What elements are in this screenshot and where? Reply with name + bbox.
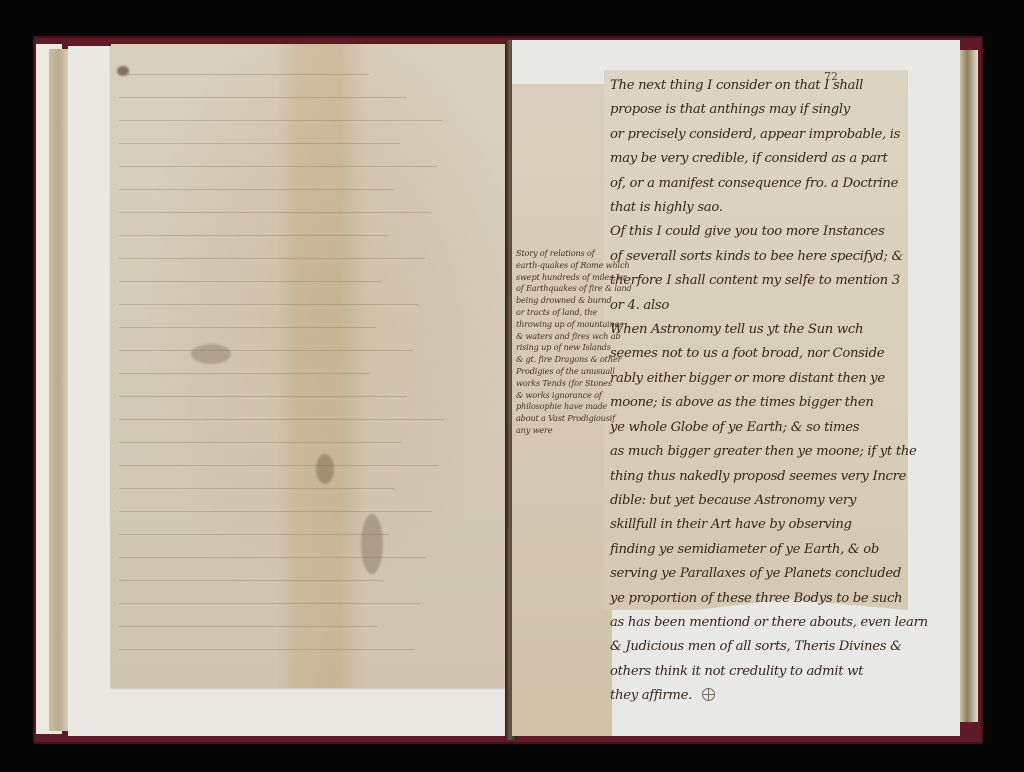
bleed-through-line (119, 74, 369, 75)
text-line: or precisely considerd, appear improbabl… (610, 123, 910, 147)
text-line: seemes not to us a foot broad, nor Consi… (610, 342, 910, 366)
bleed-through-line (119, 649, 414, 650)
margin-note-line: philosophie have made (516, 401, 616, 413)
bleed-through-line (119, 120, 443, 121)
text-line: skillfull in their Art have by observing (610, 513, 910, 537)
margin-note: Story of relations of earth-quakes of Ro… (516, 248, 616, 437)
text-line: may be very credible, if considerd as a … (610, 147, 910, 171)
margin-note-line: being drowned & burnd (516, 295, 616, 307)
bleed-through-line (119, 235, 388, 236)
text-line: as has been mentiond or there abouts, ev… (610, 611, 910, 635)
bleed-through-line (119, 212, 431, 213)
bleed-through-line (119, 442, 401, 443)
ink-stain (316, 454, 334, 484)
text-line: ye whole Globe of ye Earth; & so times (610, 416, 910, 440)
bleed-through-line (119, 626, 377, 627)
margin-note-line: about a Vast Prodigiousif (516, 413, 616, 425)
bleed-through-line (119, 488, 395, 489)
bleed-through-line (119, 327, 376, 328)
text-line: moone; is above as the times bigger then (610, 391, 910, 415)
bleed-through-line (119, 419, 444, 420)
bleed-through-line (119, 373, 370, 374)
text-line: as much bigger greater then ye moone; if… (610, 440, 910, 464)
margin-note-line: rising up of new Islands (516, 342, 616, 354)
text-line: & Judicious men of all sorts, Theris Div… (610, 635, 910, 659)
margin-note-line: of Earthquakes of fire & land (516, 283, 616, 295)
bleed-through-line (119, 258, 425, 259)
ink-stain (361, 514, 383, 574)
text-line: finding ye semidiameter of ye Earth, & o… (610, 538, 910, 562)
bleed-through-line (119, 97, 406, 98)
text-line: thing thus nakedly proposd seemes very I… (610, 465, 910, 489)
bleed-through-line (119, 603, 420, 604)
text-line: dible: but yet because Astronomy very (610, 489, 910, 513)
bleed-through-line (119, 166, 437, 167)
text-line: others think it not credulity to admit w… (610, 660, 910, 684)
bleed-through-line (119, 350, 413, 351)
text-line: rably either bigger or more distant then… (610, 367, 910, 391)
bleed-through-line (119, 465, 438, 466)
margin-note-line: earth-quakes of Rome which (516, 260, 616, 272)
text-line: serving ye Parallaxes of ye Planets conc… (610, 562, 910, 586)
margin-note-line: any were (516, 425, 616, 437)
bleed-through-line (119, 304, 419, 305)
bleed-through-line (119, 557, 426, 558)
text-line: The next thing I consider on that I shal… (610, 74, 910, 98)
bleed-through-line (119, 511, 432, 512)
text-line-content: they affirme. (610, 688, 692, 703)
text-line: of, or a manifest consequence fro. a Doc… (610, 172, 910, 196)
text-line: that is highly sao. (610, 196, 910, 220)
margin-note-line: Story of relations of (516, 248, 616, 260)
text-line: When Astronomy tell us yt the Sun wch (610, 318, 910, 342)
text-line: they affirme. (610, 684, 910, 708)
text-line: of severall sorts kinds to bee here spec… (610, 245, 910, 269)
margin-note-line: swept hundreds of miles, or (516, 272, 616, 284)
text-line: Of this I could give you too more Instan… (610, 220, 910, 244)
bleed-through-line (119, 281, 382, 282)
text-line: therfore I shall content my selfe to men… (610, 269, 910, 293)
margin-note-line: & waters and fires wch ab (516, 331, 616, 343)
bleed-through-line (119, 189, 394, 190)
cross-circle-mark-icon (702, 688, 715, 701)
text-line: propose is that anthings may if singly (610, 98, 910, 122)
margin-note-line: Prodigies of the unusuall (516, 366, 616, 378)
bleed-through-line (119, 143, 400, 144)
left-manuscript-leaf (111, 44, 505, 688)
margin-note-line: & works ignorance of (516, 390, 616, 402)
text-line: ye proportion of these three Bodys to be… (610, 587, 910, 611)
margin-note-line: & gt. fire Dragons & other (516, 354, 616, 366)
ink-stain (191, 344, 231, 364)
right-stub-leaves (960, 50, 978, 722)
left-stub-leaves (49, 49, 68, 731)
margin-note-line: throwing up of mountaines (516, 319, 616, 331)
bleed-through-line (119, 580, 383, 581)
manuscript-body-text: The next thing I consider on that I shal… (610, 74, 910, 709)
bleed-through-line (119, 534, 389, 535)
margin-note-line: works Tends (for Stones (516, 378, 616, 390)
margin-note-line: or tracts of land, the (516, 307, 616, 319)
text-line: or 4. also (610, 294, 910, 318)
bleed-through-line (119, 396, 407, 397)
